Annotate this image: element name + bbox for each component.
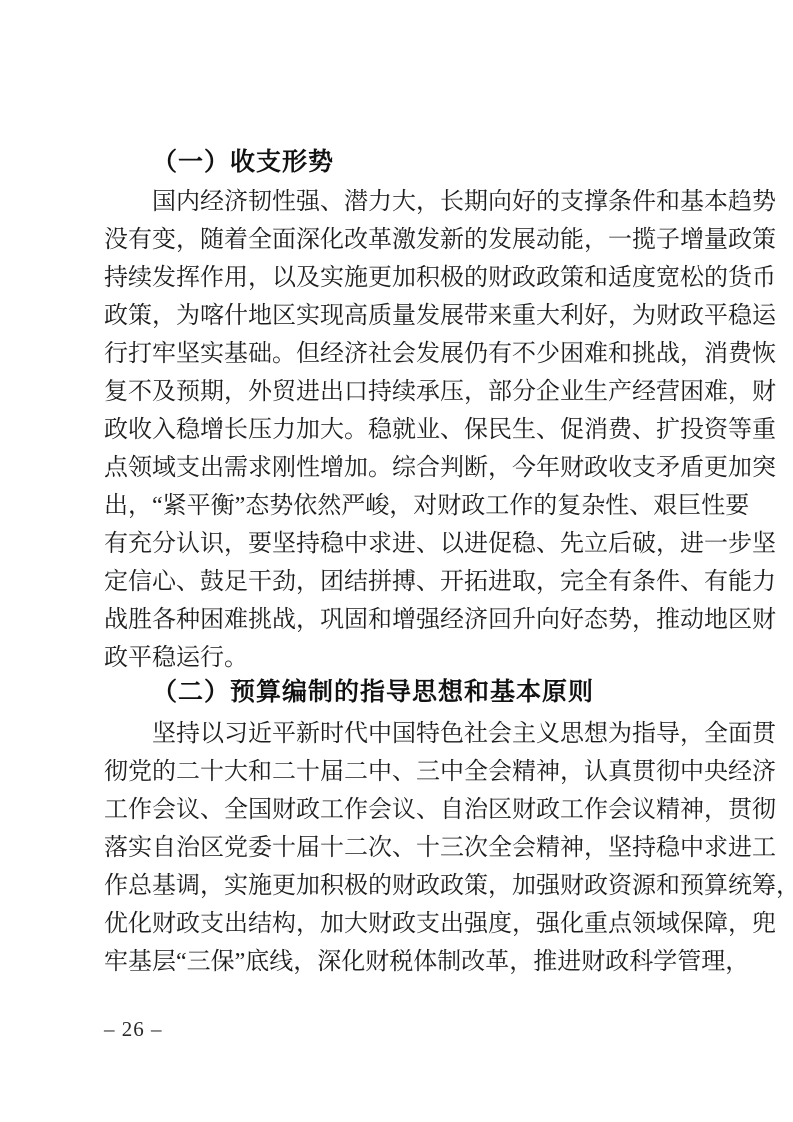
body-text-line: 复不及预期，外贸进出口持续承压，部分企业生产经营困难，财 — [104, 373, 700, 411]
body-text-line: 政平稳运行。 — [104, 639, 700, 677]
body-text-line: 行打牢坚实基础。但经济社会发展仍有不少困难和挑战，消费恢 — [104, 335, 700, 373]
body-text-line: 作总基调，实施更加积极的财政政策，加强财政资源和预算统筹， — [104, 867, 700, 905]
document-page: （一）收支形势 国内经济韧性强、潜力大，长期向好的支撑条件和基本趋势 没有变，随… — [0, 0, 793, 1122]
body-text-line: 国内经济韧性强、潜力大，长期向好的支撑条件和基本趋势 — [104, 183, 700, 221]
body-text-line: 政策，为喀什地区实现高质量发展带来重大利好，为财政平稳运 — [104, 297, 700, 335]
body-text-line: 彻党的二十大和二十届二中、三中全会精神，认真贯彻中央经济 — [104, 753, 700, 791]
body-text-line: 政收入稳增长压力加大。稳就业、保民生、促消费、扩投资等重 — [104, 411, 700, 449]
body-text-line: 出，“紧平衡”态势依然严峻，对财政工作的复杂性、艰巨性要 — [104, 487, 700, 525]
section-heading-budget-guiding-principles: （二）预算编制的指导思想和基本原则 — [104, 676, 700, 710]
body-text-line: 优化财政支出结构，加大财政支出强度，强化重点领域保障，兜 — [104, 905, 700, 943]
body-text-line: 落实自治区党委十届十二次、十三次全会精神，坚持稳中求进工 — [104, 829, 700, 867]
body-text-line: 点领域支出需求刚性增加。综合判断，今年财政收支矛盾更加突 — [104, 449, 700, 487]
body-text-line: 定信心、鼓足干劲，团结拼搏、开拓进取，完全有条件、有能力 — [104, 563, 700, 601]
page-number: – 26 – — [104, 1014, 163, 1044]
body-text-line: 工作会议、全国财政工作会议、自治区财政工作会议精神，贯彻 — [104, 791, 700, 829]
paragraph-1: 国内经济韧性强、潜力大，长期向好的支撑条件和基本趋势 没有变，随着全面深化改革激… — [104, 183, 700, 677]
body-text-line: 持续发挥作用，以及实施更加积极的财政政策和适度宽松的货币 — [104, 259, 700, 297]
paragraph-2: 坚持以习近平新时代中国特色社会主义思想为指导，全面贯 彻党的二十大和二十届二中、… — [104, 715, 700, 981]
section-heading-income-expenditure-situation: （一）收支形势 — [104, 146, 700, 180]
body-text-line: 牢基层“三保”底线，深化财税体制改革，推进财政科学管理， — [104, 943, 700, 981]
body-text-line: 没有变，随着全面深化改革激发新的发展动能，一揽子增量政策 — [104, 221, 700, 259]
body-text-line: 战胜各种困难挑战，巩固和增强经济回升向好态势，推动地区财 — [104, 601, 700, 639]
body-text-line: 有充分认识，要坚持稳中求进、以进促稳、先立后破，进一步坚 — [104, 525, 700, 563]
body-text-line: 坚持以习近平新时代中国特色社会主义思想为指导，全面贯 — [104, 715, 700, 753]
